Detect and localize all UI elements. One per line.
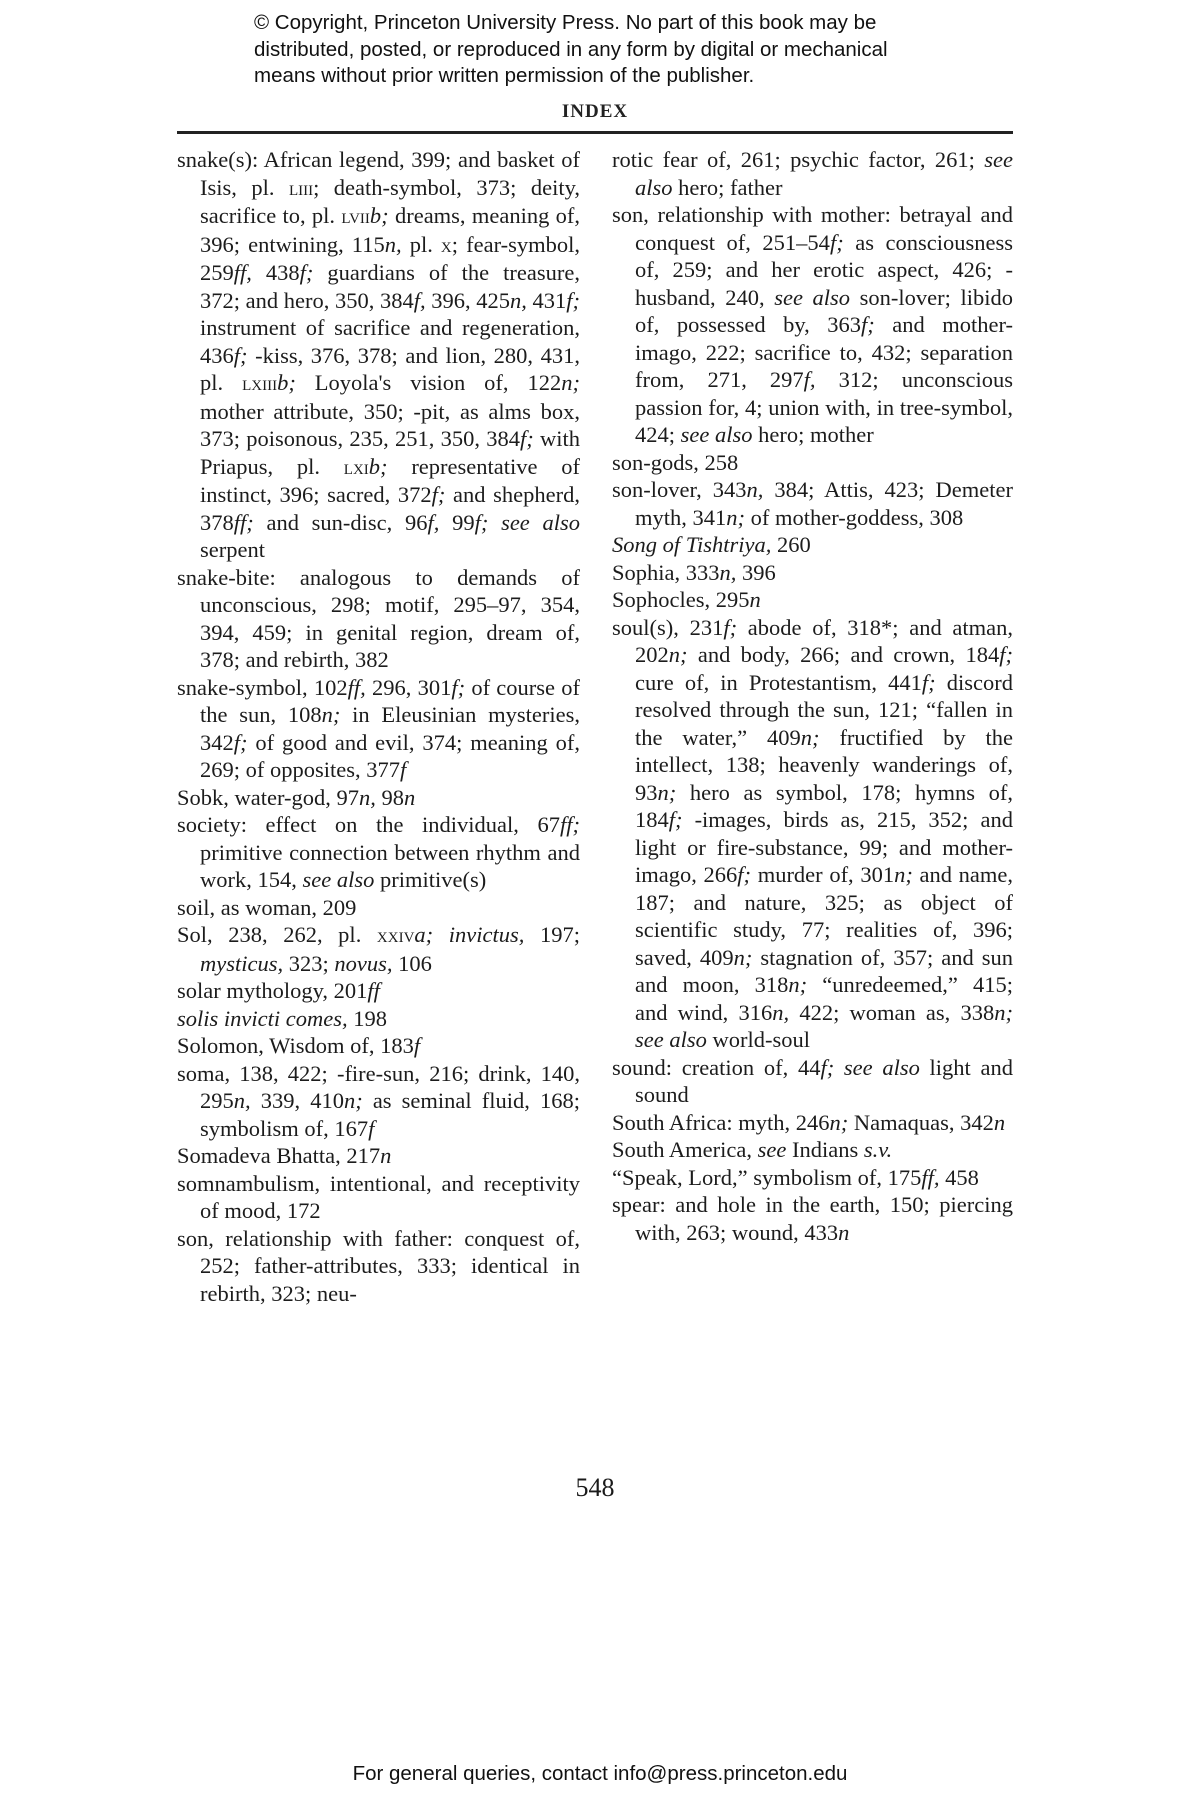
index-entry: son-gods, 258	[612, 449, 1013, 477]
entry-text: n;	[726, 505, 745, 530]
entry-text: of mother-goddess, 308	[745, 505, 963, 530]
entry-text: soil, as woman, 209	[177, 895, 356, 920]
index-entry: spear: and hole in the earth, 150; pierc…	[612, 1191, 1013, 1246]
entry-text: f;	[475, 510, 489, 535]
entry-text: society: effect on the individual, 67	[177, 812, 560, 837]
index-entry: solar mythology, 201ff	[177, 977, 580, 1005]
entry-text: spear: and hole in the earth, 150; pierc…	[612, 1192, 1013, 1245]
index-column-right: rotic fear of, 261; psychic factor, 261;…	[612, 146, 1013, 1246]
entry-text: n,	[720, 560, 737, 585]
entry-text: f	[400, 757, 406, 782]
entry-text: see also	[501, 510, 580, 535]
entry-text: f;	[861, 312, 875, 337]
entry-text: 106	[393, 951, 432, 976]
entry-text: solar mythology, 201	[177, 978, 367, 1003]
entry-text: f	[414, 1033, 420, 1058]
entry-text: n,	[746, 477, 763, 502]
entry-text: f;	[451, 675, 465, 700]
entry-text: see also	[635, 1027, 707, 1052]
entry-text: “Speak, Lord,” symbolism of, 175	[612, 1165, 921, 1190]
entry-text: n;	[994, 1000, 1013, 1025]
entry-text: somnambulism, intentional, and receptivi…	[177, 1171, 580, 1224]
entry-text: Namaquas, 342	[848, 1110, 994, 1135]
entry-text: pl.	[402, 232, 441, 257]
entry-text: n;	[344, 1088, 363, 1113]
page-number: 548	[0, 1473, 1190, 1503]
entry-text: n,	[385, 232, 402, 257]
entry-text: solis invicti comes,	[177, 1006, 348, 1031]
entry-text: n;	[801, 725, 820, 750]
entry-text: hero; father	[673, 175, 783, 200]
copyright-notice: © Copyright, Princeton University Press.…	[254, 10, 974, 90]
entry-text	[488, 510, 501, 535]
entry-text: b;	[370, 203, 389, 228]
index-entry: Solomon, Wisdom of, 183f	[177, 1032, 580, 1060]
index-entry: son, relationship with mother: betrayal …	[612, 201, 1013, 449]
entry-text: snake-symbol, 102	[177, 675, 348, 700]
entry-text: hero; mother	[753, 422, 874, 447]
entry-text: f;	[669, 807, 683, 832]
entry-text: see	[758, 1137, 787, 1162]
entry-text: 458	[939, 1165, 978, 1190]
entry-text: of good and evil, 374; meaning of, 269; …	[200, 730, 580, 783]
entry-text: f; see also	[820, 1055, 919, 1080]
entry-text: LIII	[289, 176, 313, 200]
entry-text: f,	[427, 510, 439, 535]
entry-text: son, relationship with father: conquest …	[177, 1226, 580, 1306]
entry-text: 431	[527, 288, 566, 313]
entry-text: son-gods, 258	[612, 450, 738, 475]
entry-text: 422; woman as, 338	[789, 1000, 994, 1025]
page-title: INDEX	[0, 101, 1190, 123]
entry-text: 438	[252, 260, 300, 285]
entry-text: South America,	[612, 1137, 758, 1162]
entry-text: Loyola's vision of, 122	[296, 370, 561, 395]
index-entry: society: effect on the individual, 67ff;…	[177, 811, 580, 894]
entry-text: n,	[234, 1088, 251, 1113]
entry-text: n;	[658, 780, 677, 805]
entry-text: n,	[359, 785, 376, 810]
entry-text: 98	[376, 785, 404, 810]
entry-text: 260	[771, 532, 810, 557]
entry-text: f;	[566, 288, 580, 313]
index-entry: Song of Tishtriya, 260	[612, 531, 1013, 559]
index-entry: snake(s): African legend, 399; and baske…	[177, 146, 580, 564]
entry-text: 339, 410	[251, 1088, 344, 1113]
entry-text: Sol, 238, 262, pl.	[177, 922, 377, 947]
entry-text: f;	[520, 426, 534, 451]
entry-text: n;	[561, 370, 580, 395]
entry-text: a; invictus,	[414, 922, 524, 947]
entry-text: Song of Tishtriya,	[612, 532, 771, 557]
index-entry: sound: creation of, 44f; see also light …	[612, 1054, 1013, 1109]
entry-text: f;	[300, 260, 314, 285]
entry-text: cure of, in Protestantism, 441	[635, 670, 922, 695]
entry-text: n;	[788, 972, 807, 997]
copyright-line-3: means without prior written permission o…	[254, 63, 974, 90]
entry-text: s.v.	[864, 1137, 892, 1162]
index-entry: Somadeva Bhatta, 217n	[177, 1142, 580, 1170]
index-entry: soil, as woman, 209	[177, 894, 580, 922]
entry-text: f;	[922, 670, 936, 695]
entry-text: ff	[367, 978, 380, 1003]
entry-text: South Africa: myth, 246	[612, 1110, 830, 1135]
entry-text: f;	[723, 615, 737, 640]
index-column-left: snake(s): African legend, 399; and baske…	[177, 146, 580, 1307]
entry-text: f;	[830, 230, 844, 255]
entry-text: f;	[234, 343, 248, 368]
entry-text: f	[368, 1116, 374, 1141]
entry-text: 99	[439, 510, 474, 535]
entry-text: Solomon, Wisdom of, 183	[177, 1033, 414, 1058]
index-entry: snake-symbol, 102ff, 296, 301f; of cours…	[177, 674, 580, 784]
entry-text: 296, 301	[366, 675, 452, 700]
entry-text: Sophia, 333	[612, 560, 720, 585]
entry-text: ff,	[921, 1165, 939, 1190]
entry-text: snake-bite: analogous to demands of unco…	[177, 565, 580, 673]
index-entry: son-lover, 343n, 384; Attis, 423; Demete…	[612, 476, 1013, 531]
entry-text: n	[750, 587, 761, 612]
entry-text: novus,	[334, 951, 392, 976]
entry-text: 396	[736, 560, 775, 585]
entry-text: ff;	[234, 510, 254, 535]
entry-text: n	[380, 1143, 391, 1168]
index-entry: son, relationship with father: conquest …	[177, 1225, 580, 1308]
entry-text: b;	[277, 370, 296, 395]
header-rule	[177, 131, 1013, 134]
entry-text: n	[994, 1110, 1005, 1135]
index-entry: South America, see Indians s.v.	[612, 1136, 1013, 1164]
entry-text: 198	[348, 1006, 387, 1031]
entry-text: XXIV	[377, 923, 415, 947]
entry-text: Sophocles, 295	[612, 587, 750, 612]
entry-text: LXIII	[242, 371, 277, 395]
copyright-line-2: distributed, posted, or reproduced in an…	[254, 37, 974, 64]
index-entry: South Africa: myth, 246n; Namaquas, 342n	[612, 1109, 1013, 1137]
index-entry: snake-bite: analogous to demands of unco…	[177, 564, 580, 674]
entry-text: ff;	[560, 812, 580, 837]
entry-text: n;	[734, 945, 753, 970]
entry-text: ff,	[348, 675, 366, 700]
entry-text: LVII	[341, 204, 370, 228]
entry-text: LXI	[344, 455, 369, 479]
entry-text: n;	[669, 642, 688, 667]
entry-text: primitive(s)	[374, 867, 486, 892]
entry-text: f;	[234, 730, 248, 755]
index-entry: Sobk, water-god, 97n, 98n	[177, 784, 580, 812]
entry-text: X	[441, 233, 452, 257]
entry-text: Indians	[786, 1137, 864, 1162]
entry-text: f;	[737, 862, 751, 887]
entry-text: see also	[303, 867, 375, 892]
entry-text: Sobk, water-god, 97	[177, 785, 359, 810]
entry-text: Somadeva Bhatta, 217	[177, 1143, 380, 1168]
entry-text: murder of, 301	[751, 862, 894, 887]
entry-text: n;	[322, 702, 341, 727]
index-entry: solis invicti comes, 198	[177, 1005, 580, 1033]
entry-text: rotic fear of, 261; psychic factor, 261;	[612, 147, 984, 172]
entry-text: 197;	[524, 922, 580, 947]
entry-text: ff,	[234, 260, 252, 285]
entry-text: serpent	[200, 537, 265, 562]
entry-text: b;	[369, 454, 388, 479]
entry-text: 396, 425	[426, 288, 510, 313]
entry-text: f;	[432, 482, 446, 507]
entry-text: and sun-disc, 96	[254, 510, 428, 535]
footer-contact: For general queries, contact info@press.…	[0, 1762, 1200, 1786]
index-entry: rotic fear of, 261; psychic factor, 261;…	[612, 146, 1013, 201]
index-entry: Sol, 238, 262, pl. XXIVa; invictus, 197;…	[177, 921, 580, 977]
entry-text: world-soul	[707, 1027, 810, 1052]
copyright-line-1: © Copyright, Princeton University Press.…	[254, 10, 974, 37]
index-entry: Sophocles, 295n	[612, 586, 1013, 614]
entry-text: n	[404, 785, 415, 810]
index-entry: soul(s), 231f; abode of, 318*; and atman…	[612, 614, 1013, 1054]
entry-text: f;	[999, 642, 1013, 667]
entry-text: n,	[772, 1000, 789, 1025]
entry-text: f,	[414, 288, 426, 313]
index-entry: Sophia, 333n, 396	[612, 559, 1013, 587]
entry-text: n	[838, 1220, 849, 1245]
entry-text: sound: creation of, 44	[612, 1055, 820, 1080]
entry-text: soul(s), 231	[612, 615, 723, 640]
entry-text: n;	[830, 1110, 849, 1135]
entry-text: and body, 266; and crown, 184	[688, 642, 1000, 667]
entry-text: son-lover, 343	[612, 477, 746, 502]
index-entry: somnambulism, intentional, and receptivi…	[177, 1170, 580, 1225]
index-entry: “Speak, Lord,” symbolism of, 175ff, 458	[612, 1164, 1013, 1192]
index-entry: soma, 138, 422; -fire-sun, 216; drink, 1…	[177, 1060, 580, 1143]
entry-text: 323;	[283, 951, 334, 976]
entry-text: n,	[510, 288, 527, 313]
entry-text: mysticus,	[200, 951, 283, 976]
entry-text: see also	[774, 285, 850, 310]
entry-text: f,	[804, 367, 816, 392]
entry-text: n;	[894, 862, 913, 887]
entry-text: see also	[681, 422, 753, 447]
